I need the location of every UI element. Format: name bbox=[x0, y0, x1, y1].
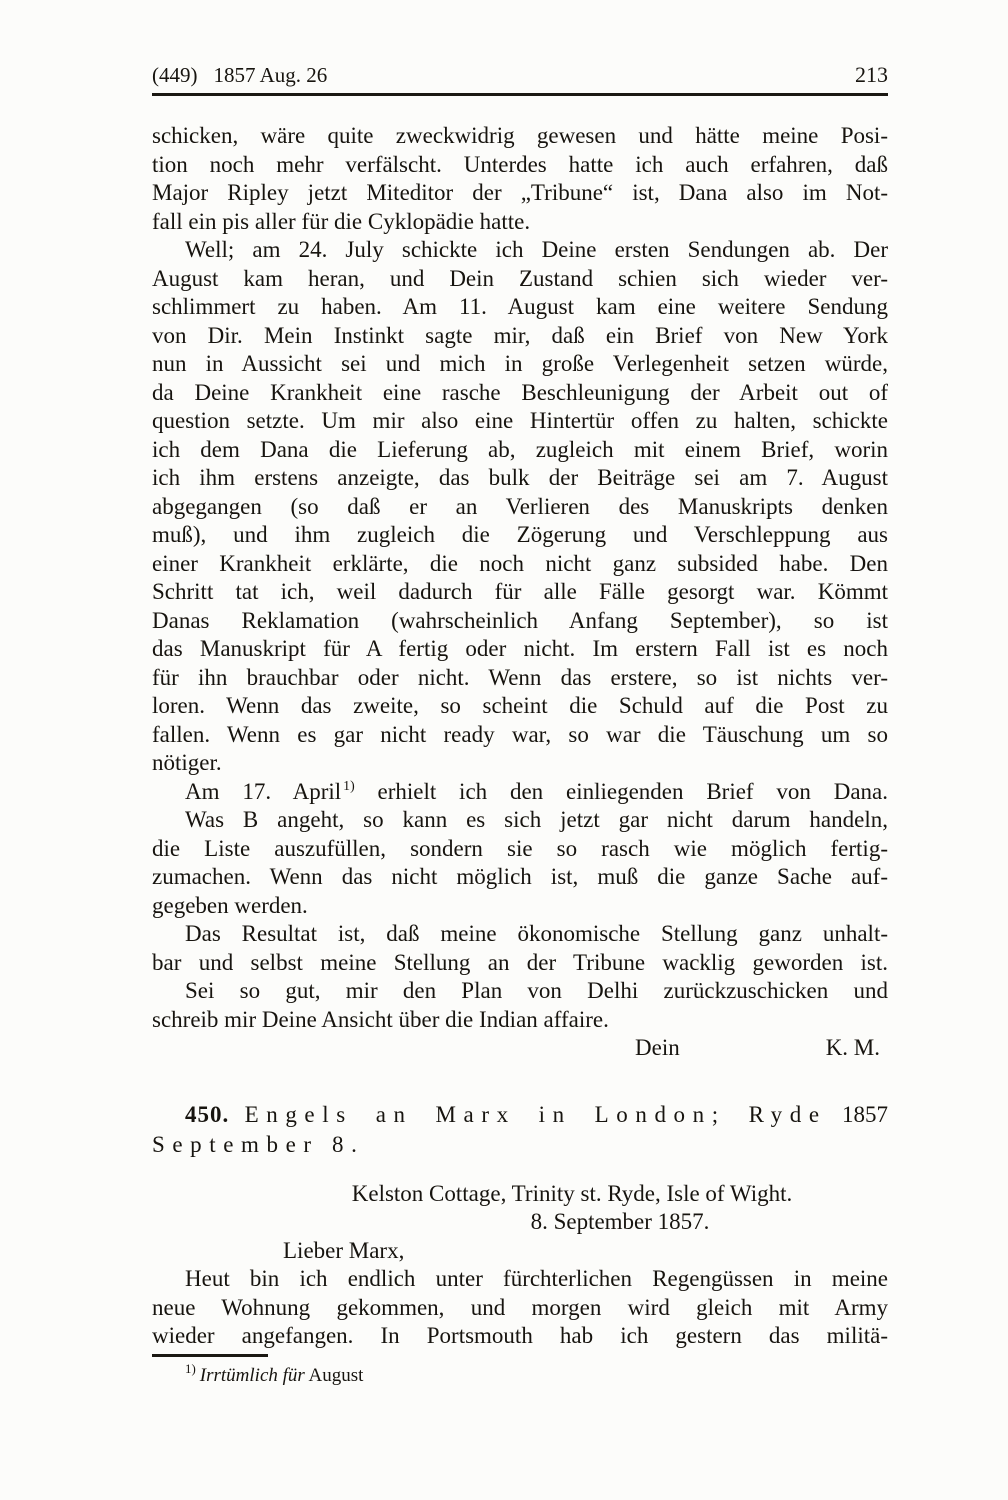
text-line: nun in Aussicht sei und mich in große Ve… bbox=[152, 350, 888, 379]
text-line: gegeben werden. bbox=[152, 892, 888, 921]
text-line: August kam heran, und Dein Zustand schie… bbox=[152, 265, 888, 294]
heading-line-2: September 8. bbox=[152, 1130, 888, 1160]
text-line: 25Was B angeht, so kann es sich jetzt ga… bbox=[152, 806, 888, 835]
text-line: 15muß), und ihm zugleich die Zögerung un… bbox=[152, 521, 888, 550]
header-date: 1857 Aug. 26 bbox=[214, 63, 328, 87]
header-folio: (449) bbox=[152, 63, 198, 87]
text-line: ich ihm erstens anzeigte, das bulk der B… bbox=[152, 464, 888, 493]
text-line: question setzte. Um mir also eine Hinter… bbox=[152, 407, 888, 436]
footnote-marker: 1) bbox=[185, 1361, 196, 1376]
marx-letter-body: schicken, wäre quite zweckwidrig gewesen… bbox=[152, 122, 888, 1034]
text-line: Das Resultat ist, daß meine ökonomische … bbox=[152, 920, 888, 949]
text-line: fall ein pis aller für die Cyklopädie ha… bbox=[152, 208, 888, 237]
text-line: ich dem Dana die Lieferung ab, zugleich … bbox=[152, 436, 888, 465]
text-line: schlimmert zu haben. Am 11. August kam e… bbox=[152, 293, 888, 322]
heading-line-1: 450. Engels an Marx in London; Ryde 1857 bbox=[152, 1100, 888, 1130]
text-line: das Manuskript für A fertig oder nicht. … bbox=[152, 635, 888, 664]
text-line: 20für ihn brauchbar oder nicht. Wenn das… bbox=[152, 664, 888, 693]
text-line: zumachen. Wenn das nicht möglich ist, mu… bbox=[152, 863, 888, 892]
heading-title: Engels an Marx in London; Ryde bbox=[245, 1102, 827, 1127]
page-number: 213 bbox=[855, 62, 888, 88]
text-line: 10da Deine Krankheit eine rasche Beschle… bbox=[152, 379, 888, 408]
footnote-separator bbox=[152, 1354, 268, 1357]
heading-year: 1857 bbox=[842, 1102, 888, 1127]
header-left: (449)1857 Aug. 26 bbox=[152, 63, 327, 88]
signature-closing: Dein bbox=[635, 1034, 680, 1063]
address-line: Kelston Cottage, Trinity st. Ryde, Isle … bbox=[152, 1180, 888, 1209]
text-line: wieder angefangen. In Portsmouth hab ich… bbox=[152, 1322, 888, 1351]
text-line: schicken, wäre quite zweckwidrig gewesen… bbox=[152, 122, 888, 151]
text-line: 5Well; am 24. July schickte ich Deine er… bbox=[152, 236, 888, 265]
text-line: Heut bin ich endlich unter fürchterliche… bbox=[152, 1265, 888, 1294]
section-heading: 450. Engels an Marx in London; Ryde 1857… bbox=[152, 1100, 888, 1160]
text-line: abgegangen (so daß er an Verlieren des M… bbox=[152, 493, 888, 522]
text-line: fallen. Wenn es gar nicht ready war, so … bbox=[152, 721, 888, 750]
text-line: nötiger. bbox=[152, 749, 888, 778]
text-line: von Dir. Mein Instinkt sagte mir, daß ei… bbox=[152, 322, 888, 351]
letter-date-line: 8. September 1857. bbox=[152, 1208, 888, 1237]
footnote-reference: 1) bbox=[343, 778, 355, 793]
text-line: die Liste auszufüllen, sondern sie so ra… bbox=[152, 835, 888, 864]
text-line: Am 17. April1) erhielt ich den einliegen… bbox=[152, 778, 888, 807]
text-line: Schritt tat ich, weil dadurch für alle F… bbox=[152, 578, 888, 607]
footnote: 1)Irrtümlich für August bbox=[152, 1364, 888, 1388]
page-header: (449)1857 Aug. 26 213 bbox=[152, 62, 888, 96]
text-line: Sei so gut, mir den Plan von Delhi zurüc… bbox=[152, 977, 888, 1006]
text-line: Danas Reklamation (wahrscheinlich Anfang… bbox=[152, 607, 888, 636]
text-line: Major Ripley jetzt Miteditor der „Tribun… bbox=[152, 179, 888, 208]
signature-initials: K. M. bbox=[826, 1034, 880, 1063]
footnote-regular-text: August bbox=[309, 1365, 364, 1386]
text-line: tion noch mehr verfälscht. Unterdes hatt… bbox=[152, 151, 888, 180]
text-line: loren. Wenn das zweite, so scheint die S… bbox=[152, 692, 888, 721]
footnote-italic-text: Irrtümlich für bbox=[200, 1365, 305, 1386]
text-line: einer Krankheit erklärte, die noch nicht… bbox=[152, 550, 888, 579]
page-body: schicken, wäre quite zweckwidrig gewesen… bbox=[152, 122, 888, 1388]
text-line: 30bar und selbst meine Stellung an der T… bbox=[152, 949, 888, 978]
book-page: (449)1857 Aug. 26 213 schicken, wäre qui… bbox=[0, 0, 1008, 1500]
text-line: 40neue Wohnung gekommen, und morgen wird… bbox=[152, 1294, 888, 1323]
heading-number: 450. bbox=[185, 1102, 229, 1127]
engels-letter-body: Heut bin ich endlich unter fürchterliche… bbox=[152, 1265, 888, 1351]
signature-line: Dein K. M. bbox=[152, 1034, 888, 1063]
salutation: Lieber Marx, bbox=[152, 1237, 888, 1266]
text-line: schreib mir Deine Ansicht über die India… bbox=[152, 1006, 888, 1035]
